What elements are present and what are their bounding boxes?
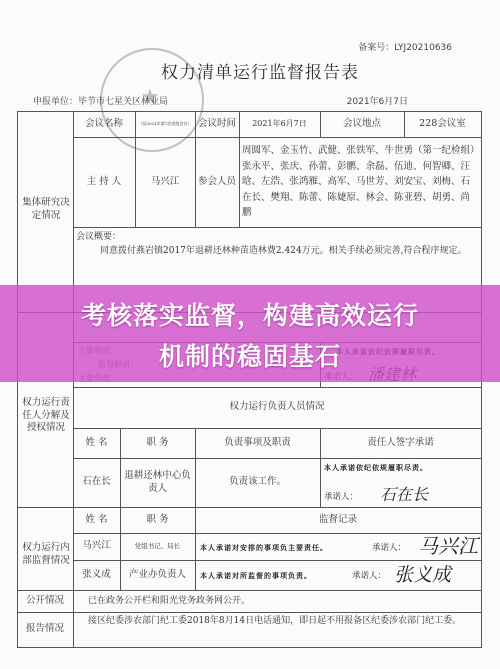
meeting-name-label: 会议名称 bbox=[73, 111, 135, 137]
supervision-section-label: 权力运行内部监督情况 bbox=[19, 530, 73, 580]
person-position: 退耕还林中心负责人 bbox=[124, 458, 191, 507]
host-value: 马兴江 bbox=[135, 137, 195, 227]
person-commitment: 本人承诺依纪依规履职尽责。 bbox=[324, 463, 428, 473]
summary-text: 同意拨付燕岩镇2017年退耕还林种苗造林费2.424万元。相关手续必须完善,符合… bbox=[76, 244, 478, 258]
sup-name: 张义成 bbox=[73, 560, 120, 590]
disclosure-text: 已在政务公开栏和阳光党务政务网公开。 bbox=[88, 590, 478, 612]
collective-decision-label: 集体研究决定情况 bbox=[19, 190, 73, 230]
sup-promisor-label: 承诺人： bbox=[352, 569, 386, 581]
meeting-time-value: 2021年6月7日 bbox=[239, 111, 320, 137]
col-duty: 负责事项及职责 bbox=[195, 428, 320, 458]
report-label: 报告情况 bbox=[17, 612, 73, 647]
person-promisor-label: 承诺人： bbox=[324, 490, 358, 502]
sup-position: 产业办负责人 bbox=[120, 560, 195, 590]
sup-col-position: 职 务 bbox=[120, 507, 195, 533]
person-name: 石在长 bbox=[73, 458, 120, 507]
sup-name: 马兴江 bbox=[73, 533, 120, 560]
attendees-value: 周圆军、金玉竹、武健、张铁军、牛世勇（第一纪检组）张永平、张庆、孙蕾、彭鹏、余磊… bbox=[242, 141, 478, 223]
meeting-place-value: 228会议室 bbox=[404, 111, 481, 137]
meeting-summary: 会议概要： 同意拨付燕岩镇2017年退耕还林种苗造林费2.424万元。相关手续必… bbox=[76, 230, 478, 258]
responsibility-section-label: 权力运行责任人分解及授权情况 bbox=[19, 388, 73, 444]
filing-number: 备案号：LYJ20210636 bbox=[358, 40, 452, 53]
col-position: 职 务 bbox=[120, 428, 195, 458]
sup-promisor-label: 承诺人： bbox=[372, 541, 406, 553]
sup-signature: 张义成 bbox=[394, 560, 451, 587]
report-text: 接区纪委涉农部门纪工委2018年8月14日电话通知，即日起不用报备区纪委涉农部门… bbox=[76, 614, 478, 629]
persons-header: 权力运行负责人员情况 bbox=[73, 387, 481, 428]
col-name: 姓 名 bbox=[73, 428, 120, 458]
attendees-label: 参会人员 bbox=[195, 137, 239, 227]
disclosure-label: 公开情况 bbox=[17, 590, 73, 612]
col-commitment: 责任人签字承诺 bbox=[320, 428, 481, 458]
meeting-name-value: （局2021年第7次党组会议） bbox=[135, 111, 195, 137]
report-date: 2021年6月7日 bbox=[347, 94, 408, 107]
sup-signature: 马兴江 bbox=[418, 530, 478, 559]
banner-headline-line2: 机制的稳固基石 bbox=[0, 337, 500, 373]
person-signature: 石在长 bbox=[380, 482, 428, 505]
summary-label: 会议概要： bbox=[76, 230, 478, 244]
sup-record: 本人承诺对所监督的事项负责。 bbox=[200, 571, 312, 581]
sup-position: 党组书记、局长 bbox=[120, 533, 195, 560]
person-duty: 负责该工作。 bbox=[195, 458, 320, 507]
sup-record: 本人承诺对安排的事项负主要责任。 bbox=[200, 543, 328, 553]
host-label: 主 持 人 bbox=[73, 137, 135, 227]
banner-headline-line1: 考核落实监督，构建高效运行 bbox=[0, 296, 500, 332]
reporting-unit: 申报单位：毕节市七星关区林业局 bbox=[33, 94, 168, 107]
document-title: 权力清单运行监督报告表 bbox=[0, 58, 500, 83]
meeting-time-label: 会议时间 bbox=[195, 111, 239, 137]
sup-col-name: 姓 名 bbox=[73, 507, 120, 533]
meeting-place-label: 会议地点 bbox=[320, 111, 404, 137]
